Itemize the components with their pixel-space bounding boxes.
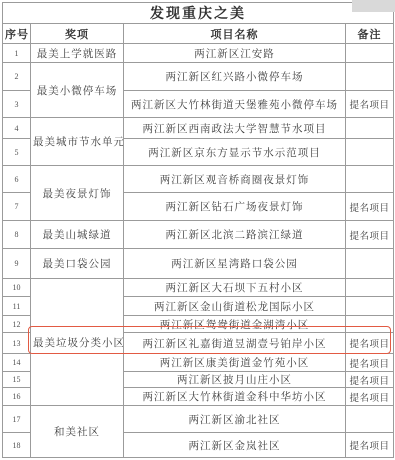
project-cell: 两江新区渝北社区 [124, 406, 346, 433]
remark-cell: 提名项目 [346, 91, 394, 118]
award-cell: 最美夜景灯饰 [31, 166, 124, 221]
row-number-cell: 17 [3, 406, 31, 433]
award-cell: 最美城市节水单元 [31, 118, 124, 166]
row-number-cell: 13 [3, 333, 31, 354]
row-number-cell: 9 [3, 249, 31, 279]
row-number-cell: 3 [3, 91, 31, 118]
remark-cell [346, 44, 394, 63]
table-row: 4 最美城市节水单元 两江新区西南政法大学智慧节水项目 [3, 118, 394, 139]
remark-cell [346, 166, 394, 193]
column-header-seq: 序号 [3, 24, 31, 44]
corner-gray-patch [352, 0, 395, 12]
row-number-cell: 15 [3, 372, 31, 388]
table-row: 8 最美山城绿道 两江新区北滨二路滨江绿道 提名项目 [3, 221, 394, 249]
table-row: 6 最美夜景灯饰 两江新区观音桥商圈夜景灯饰 [3, 166, 394, 193]
remark-cell [346, 279, 394, 297]
remark-cell: 提名项目 [346, 433, 394, 458]
remark-cell: 提名项目 [346, 372, 394, 388]
row-number-cell: 1 [3, 44, 31, 63]
remark-cell: 提名项目 [346, 333, 394, 354]
row-number-cell: 8 [3, 221, 31, 249]
remark-cell [346, 249, 394, 279]
table-row: 10 最美垃圾分类小区 两江新区大石坝下五村小区 [3, 279, 394, 297]
project-cell: 两江新区大竹林街道天堡雅苑小微停车场 [124, 91, 346, 118]
remark-cell [346, 297, 394, 316]
project-cell: 两江新区西南政法大学智慧节水项目 [124, 118, 346, 139]
project-cell: 两江新区红兴路小微停车场 [124, 63, 346, 91]
page-title: 发现重庆之美 [3, 3, 394, 24]
remark-cell [346, 316, 394, 333]
document-page: 发现重庆之美 序号 奖项 项目名称 备注 1 最美上学就医路 两江新区江安路 2… [2, 0, 393, 458]
project-cell: 两江新区江安路 [124, 44, 346, 63]
row-number-cell: 4 [3, 118, 31, 139]
row-number-cell: 16 [3, 388, 31, 406]
remark-cell [346, 118, 394, 139]
project-cell: 两江新区北滨二路滨江绿道 [124, 221, 346, 249]
row-number-cell: 10 [3, 279, 31, 297]
project-cell: 两江新区披月山庄小区 [124, 372, 346, 388]
award-cell: 最美山城绿道 [31, 221, 124, 249]
award-cell: 和美社区 [31, 406, 124, 458]
remark-cell [346, 139, 394, 166]
column-header-project: 项目名称 [124, 24, 346, 44]
title-row: 发现重庆之美 [3, 3, 394, 24]
remark-cell: 提名项目 [346, 193, 394, 221]
remark-cell: 提名项目 [346, 354, 394, 372]
remark-cell: 提名项目 [346, 221, 394, 249]
project-cell: 两江新区大石坝下五村小区 [124, 279, 346, 297]
project-cell: 两江新区金岚社区 [124, 433, 346, 458]
row-number-cell: 11 [3, 297, 31, 316]
row-number-cell: 5 [3, 139, 31, 166]
project-cell: 两江新区钻石广场夜景灯饰 [124, 193, 346, 221]
row-number-cell: 6 [3, 166, 31, 193]
project-cell: 两江新区康美街道金竹苑小区 [124, 354, 346, 372]
project-cell: 两江新区观音桥商圈夜景灯饰 [124, 166, 346, 193]
table-row: 2 最美小微停车场 两江新区红兴路小微停车场 [3, 63, 394, 91]
table-row: 9 最美口袋公园 两江新区星湾路口袋公园 [3, 249, 394, 279]
row-number-cell: 18 [3, 433, 31, 458]
award-cell: 最美上学就医路 [31, 44, 124, 63]
remark-cell: 提名项目 [346, 388, 394, 406]
table-row: 17 和美社区 两江新区渝北社区 [3, 406, 394, 433]
award-cell: 最美口袋公园 [31, 249, 124, 279]
remark-cell [346, 63, 394, 91]
award-cell: 最美小微停车场 [31, 63, 124, 118]
award-cell: 最美垃圾分类小区 [31, 279, 124, 406]
awards-table: 发现重庆之美 序号 奖项 项目名称 备注 1 最美上学就医路 两江新区江安路 2… [2, 2, 394, 458]
project-cell: 两江新区鸳鸯街道金湖湾小区 [124, 316, 346, 333]
remark-cell [346, 406, 394, 433]
table-row: 1 最美上学就医路 两江新区江安路 [3, 44, 394, 63]
project-cell: 两江新区大竹林街道金科中华坊小区 [124, 388, 346, 406]
row-number-cell: 2 [3, 63, 31, 91]
column-header-remark: 备注 [346, 24, 394, 44]
project-cell: 两江新区礼嘉街道昱湖壹号铂岸小区 [124, 333, 346, 354]
project-cell: 两江新区星湾路口袋公园 [124, 249, 346, 279]
project-cell: 两江新区京东方显示节水示范项目 [124, 139, 346, 166]
row-number-cell: 12 [3, 316, 31, 333]
column-header-award: 奖项 [31, 24, 124, 44]
row-number-cell: 14 [3, 354, 31, 372]
project-cell: 两江新区金山街道松龙国际小区 [124, 297, 346, 316]
header-row: 序号 奖项 项目名称 备注 [3, 24, 394, 44]
row-number-cell: 7 [3, 193, 31, 221]
